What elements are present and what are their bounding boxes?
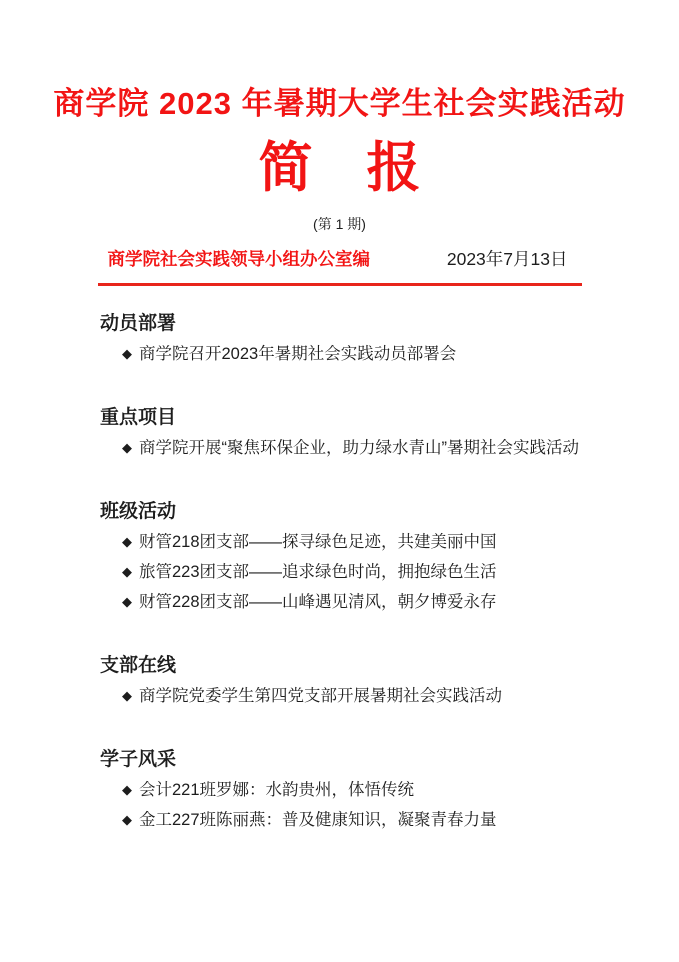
section-title: 动员部署	[100, 312, 589, 336]
item-text: 会计221班罗娜：水韵贵州，体悟传统	[139, 781, 414, 799]
item-text: 财管218团支部——探寻绿色足迹，共建美丽中国	[139, 533, 497, 551]
diamond-bullet-icon: ◆	[122, 812, 132, 827]
masthead-title: 简 报	[0, 138, 679, 198]
item-text: 旅管223团支部——追求绿色时尚，拥抱绿色生活	[139, 563, 497, 581]
issue-number: (第 1 期)	[0, 214, 679, 234]
table-of-contents: 动员部署 ◆商学院召开2023年暑期社会实践动员部署会 重点项目 ◆商学院开展“…	[100, 312, 589, 832]
item-text: 金工227班陈丽燕：普及健康知识，凝聚青春力量	[139, 811, 497, 829]
section-title: 重点项目	[100, 406, 589, 430]
item-list: ◆商学院开展“聚焦环保企业，助力绿水青山”暑期社会实践活动	[100, 437, 589, 460]
list-item: ◆财管228团支部——山峰遇见清风，朝夕博爱永存	[100, 591, 589, 614]
diamond-bullet-icon: ◆	[122, 346, 132, 361]
section-key-projects: 重点项目 ◆商学院开展“聚焦环保企业，助力绿水青山”暑期社会实践活动	[100, 406, 589, 460]
diamond-bullet-icon: ◆	[122, 782, 132, 797]
section-title: 班级活动	[100, 500, 589, 524]
list-item: ◆财管218团支部——探寻绿色足迹，共建美丽中国	[100, 531, 589, 554]
section-student-style: 学子风采 ◆会计221班罗娜：水韵贵州，体悟传统 ◆金工227班陈丽燕：普及健康…	[100, 748, 589, 832]
item-list: ◆财管218团支部——探寻绿色足迹，共建美丽中国 ◆旅管223团支部——追求绿色…	[100, 531, 589, 614]
list-item: ◆金工227班陈丽燕：普及健康知识，凝聚青春力量	[100, 809, 589, 832]
item-text: 商学院党委学生第四党支部开展暑期社会实践活动	[139, 687, 502, 705]
item-list: ◆商学院党委学生第四党支部开展暑期社会实践活动	[100, 685, 589, 708]
section-title: 学子风采	[100, 748, 589, 772]
diamond-bullet-icon: ◆	[122, 534, 132, 549]
document-title: 商学院 2023 年暑期大学生社会实践活动	[0, 86, 679, 122]
section-title: 支部在线	[100, 654, 589, 678]
item-text: 商学院召开2023年暑期社会实践动员部署会	[139, 345, 456, 363]
list-item: ◆商学院开展“聚焦环保企业，助力绿水青山”暑期社会实践活动	[100, 437, 589, 460]
section-branch-online: 支部在线 ◆商学院党委学生第四党支部开展暑期社会实践活动	[100, 654, 589, 708]
list-item: ◆商学院党委学生第四党支部开展暑期社会实践活动	[100, 685, 589, 708]
section-mobilization: 动员部署 ◆商学院召开2023年暑期社会实践动员部署会	[100, 312, 589, 366]
diamond-bullet-icon: ◆	[122, 564, 132, 579]
list-item: ◆商学院召开2023年暑期社会实践动员部署会	[100, 343, 589, 366]
bulletin-page: 商学院 2023 年暑期大学生社会实践活动 简 报 (第 1 期) 商学院社会实…	[0, 0, 679, 962]
item-text: 商学院开展“聚焦环保企业，助力绿水青山”暑期社会实践活动	[139, 439, 579, 457]
diamond-bullet-icon: ◆	[122, 688, 132, 703]
editor-office: 商学院社会实践领导小组办公室编	[98, 246, 371, 271]
item-list: ◆会计221班罗娜：水韵贵州，体悟传统 ◆金工227班陈丽燕：普及健康知识，凝聚…	[100, 779, 589, 832]
list-item: ◆会计221班罗娜：水韵贵州，体悟传统	[100, 779, 589, 802]
editor-row: 商学院社会实践领导小组办公室编 2023年7月13日	[98, 246, 582, 271]
red-divider-line	[98, 283, 582, 286]
diamond-bullet-icon: ◆	[122, 440, 132, 455]
item-list: ◆商学院召开2023年暑期社会实践动员部署会	[100, 343, 589, 366]
issue-date: 2023年7月13日	[447, 246, 582, 271]
list-item: ◆旅管223团支部——追求绿色时尚，拥抱绿色生活	[100, 561, 589, 584]
diamond-bullet-icon: ◆	[122, 594, 132, 609]
section-class-activities: 班级活动 ◆财管218团支部——探寻绿色足迹，共建美丽中国 ◆旅管223团支部—…	[100, 500, 589, 614]
item-text: 财管228团支部——山峰遇见清风，朝夕博爱永存	[139, 593, 497, 611]
